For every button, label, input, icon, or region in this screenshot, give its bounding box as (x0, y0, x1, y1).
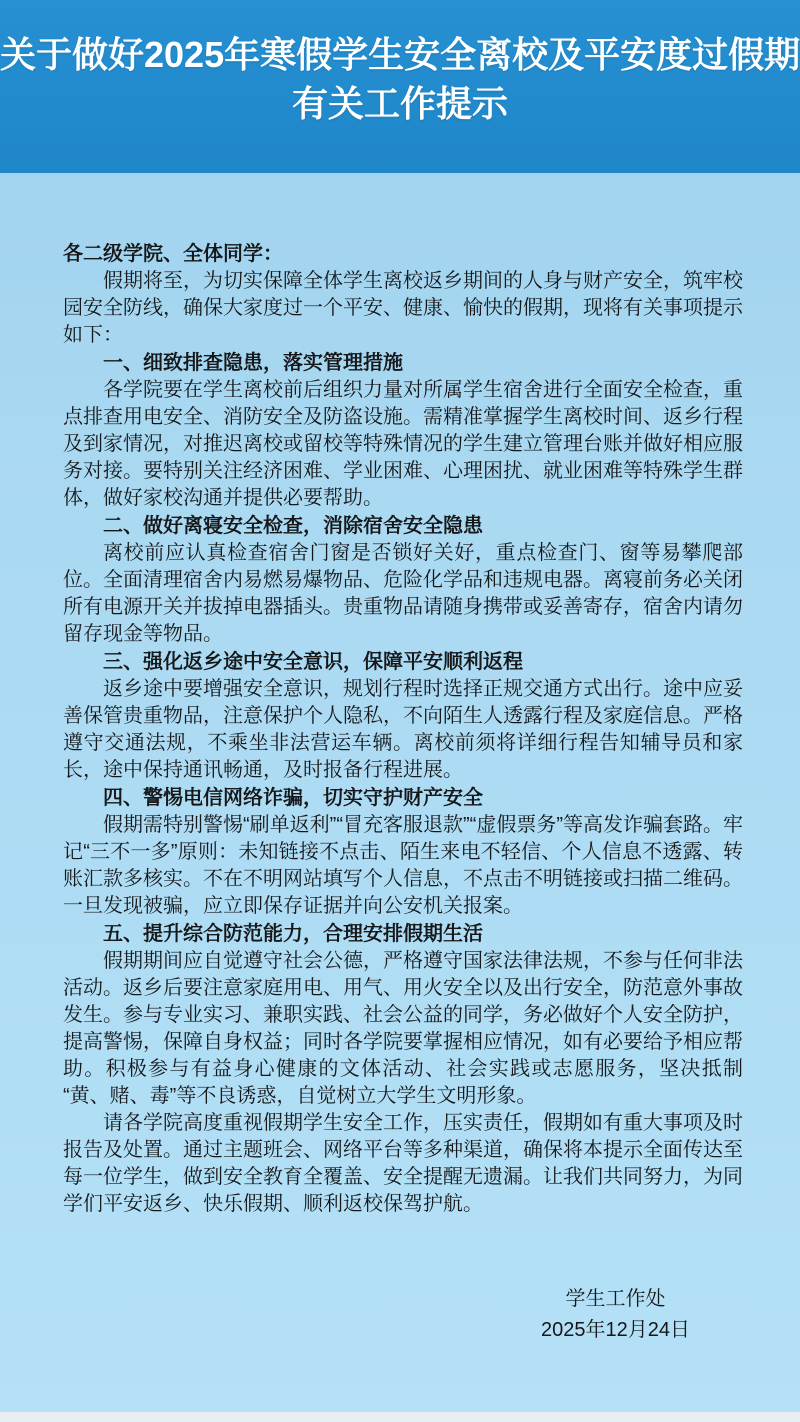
section-2-heading: 二、做好离寝安全检查，消除宿舍安全隐患 (63, 513, 743, 540)
notice-page: 关于做好2025年寒假学生安全离校及平安度过假期的 有关工作提示 各二级学院、全… (0, 0, 800, 1422)
signature-date: 2025年12月24日 (541, 1315, 690, 1346)
section-1-heading: 一、细致排查隐患，落实管理措施 (63, 350, 743, 377)
notice-header-banner: 关于做好2025年寒假学生安全离校及平安度过假期的 有关工作提示 (0, 0, 800, 173)
bottom-edge-strip (0, 1412, 800, 1422)
page-title-line-2: 有关工作提示 (0, 79, 800, 128)
section-3-heading: 三、强化返乡途中安全意识，保障平安顺利返程 (63, 649, 743, 676)
section-3-body: 返乡途中要增强安全意识，规划行程时选择正规交通方式出行。途中应妥善保管贵重物品，… (63, 676, 743, 784)
section-5-body: 假期期间应自觉遵守社会公德，严格遵守国家法律法规，不参与任何非法活动。返乡后要注… (63, 948, 743, 1110)
section-1-body: 各学院要在学生离校前后组织力量对所属学生宿舍进行全面安全检查，重点排查用电安全、… (63, 377, 743, 512)
section-4-body: 假期需特别警惕“刷单返利”“冒充客服退款”“虚假票务”等高发诈骗套路。牢记“三不… (63, 812, 743, 920)
closing-paragraph: 请各学院高度重视假期学生安全工作，压实责任，假期如有重大事项及时报告及处置。通过… (63, 1110, 743, 1218)
salutation: 各二级学院、全体同学： (63, 241, 743, 268)
section-4-heading: 四、警惕电信网络诈骗，切实守护财产安全 (63, 785, 743, 812)
signature-block: 学生工作处 2025年12月24日 (541, 1284, 690, 1346)
notice-body: 各二级学院、全体同学： 假期将至，为切实保障全体学生离校返乡期间的人身与财产安全… (0, 173, 800, 1412)
page-title-line-1: 关于做好2025年寒假学生安全离校及平安度过假期的 (0, 30, 800, 79)
intro-paragraph: 假期将至，为切实保障全体学生离校返乡期间的人身与财产安全，筑牢校园安全防线，确保… (63, 268, 743, 349)
section-2-body: 离校前应认真检查宿舍门窗是否锁好关好，重点检查门、窗等易攀爬部位。全面清理宿舍内… (63, 540, 743, 648)
signature-department: 学生工作处 (541, 1284, 690, 1315)
section-5-heading: 五、提升综合防范能力，合理安排假期生活 (63, 921, 743, 948)
